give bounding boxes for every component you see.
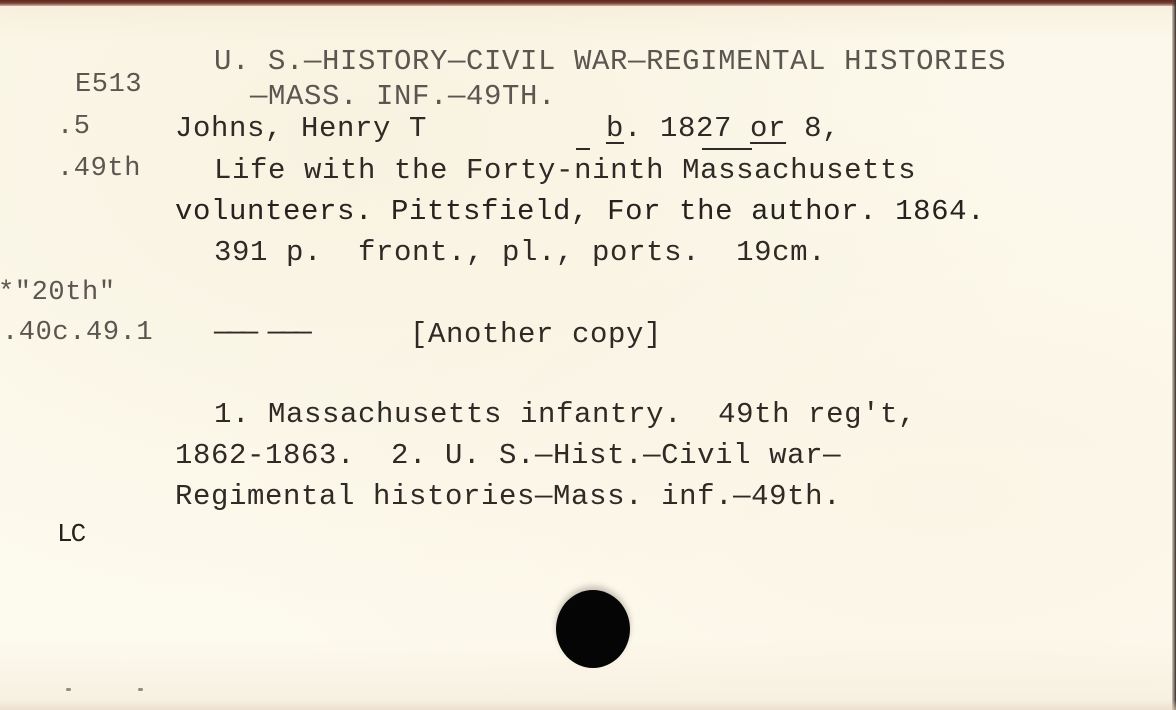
dates-or: or (750, 112, 786, 145)
copy2-call-line2: .40c.49.1 (2, 320, 153, 347)
title-part-n: n (574, 154, 592, 187)
copy2-note: [Another copy] (410, 320, 662, 349)
catalog-card: U. S.—HISTORY—CIVIL WAR—REGIMENTAL HISTO… (0, 0, 1176, 710)
call-number-line2: .5 (57, 114, 91, 141)
tracings-line2: 1862-1863. 2. U. S.—Hist.—Civil war— (175, 441, 841, 470)
tracings-line1: 1. Massachusetts infantry. 49th reg't, (214, 400, 916, 429)
card-top-edge (0, 0, 1176, 6)
dust-speck (138, 688, 143, 691)
card-bottom-edge (0, 700, 1176, 710)
call-number-line3: .49th (57, 156, 141, 183)
punch-hole (556, 590, 630, 668)
dates-suffix: 8, (786, 112, 840, 145)
copy2-call-line1: *"20th" (0, 280, 116, 307)
copy2-dashes: ——— ——— (214, 318, 308, 347)
source-code: LC (57, 521, 84, 547)
subject-heading-line1: U. S.—HISTORY—CIVIL WAR—REGIMENTAL HISTO… (214, 47, 1006, 76)
card-right-edge (1172, 0, 1176, 710)
call-number-class: E513 (75, 72, 142, 99)
title-line2: volunteers. Pittsfield, For the author. … (175, 197, 985, 226)
title-part-b: inth M (592, 154, 700, 187)
collation: 391 p. front., pl., ports. 19cm. (214, 238, 826, 267)
dust-speck (66, 688, 71, 691)
title-part-c: achusetts (754, 154, 916, 187)
subject-heading-line2: —MASS. INF.—49TH. (250, 82, 556, 111)
tracings-line3: Regimental histories—Mass. inf.—49th. (175, 482, 841, 511)
author-name: Johns, Henry T (175, 114, 427, 143)
dates-sep: . 1827 (624, 112, 750, 145)
dates-prefix: b (606, 112, 624, 145)
title-part-ass: ass (700, 154, 754, 187)
title-line1: Life with the Forty-ninth Massachusetts (214, 156, 916, 185)
author-dates: b. 1827 or 8, (606, 114, 840, 143)
title-part-a: Life with the Forty- (214, 154, 574, 187)
